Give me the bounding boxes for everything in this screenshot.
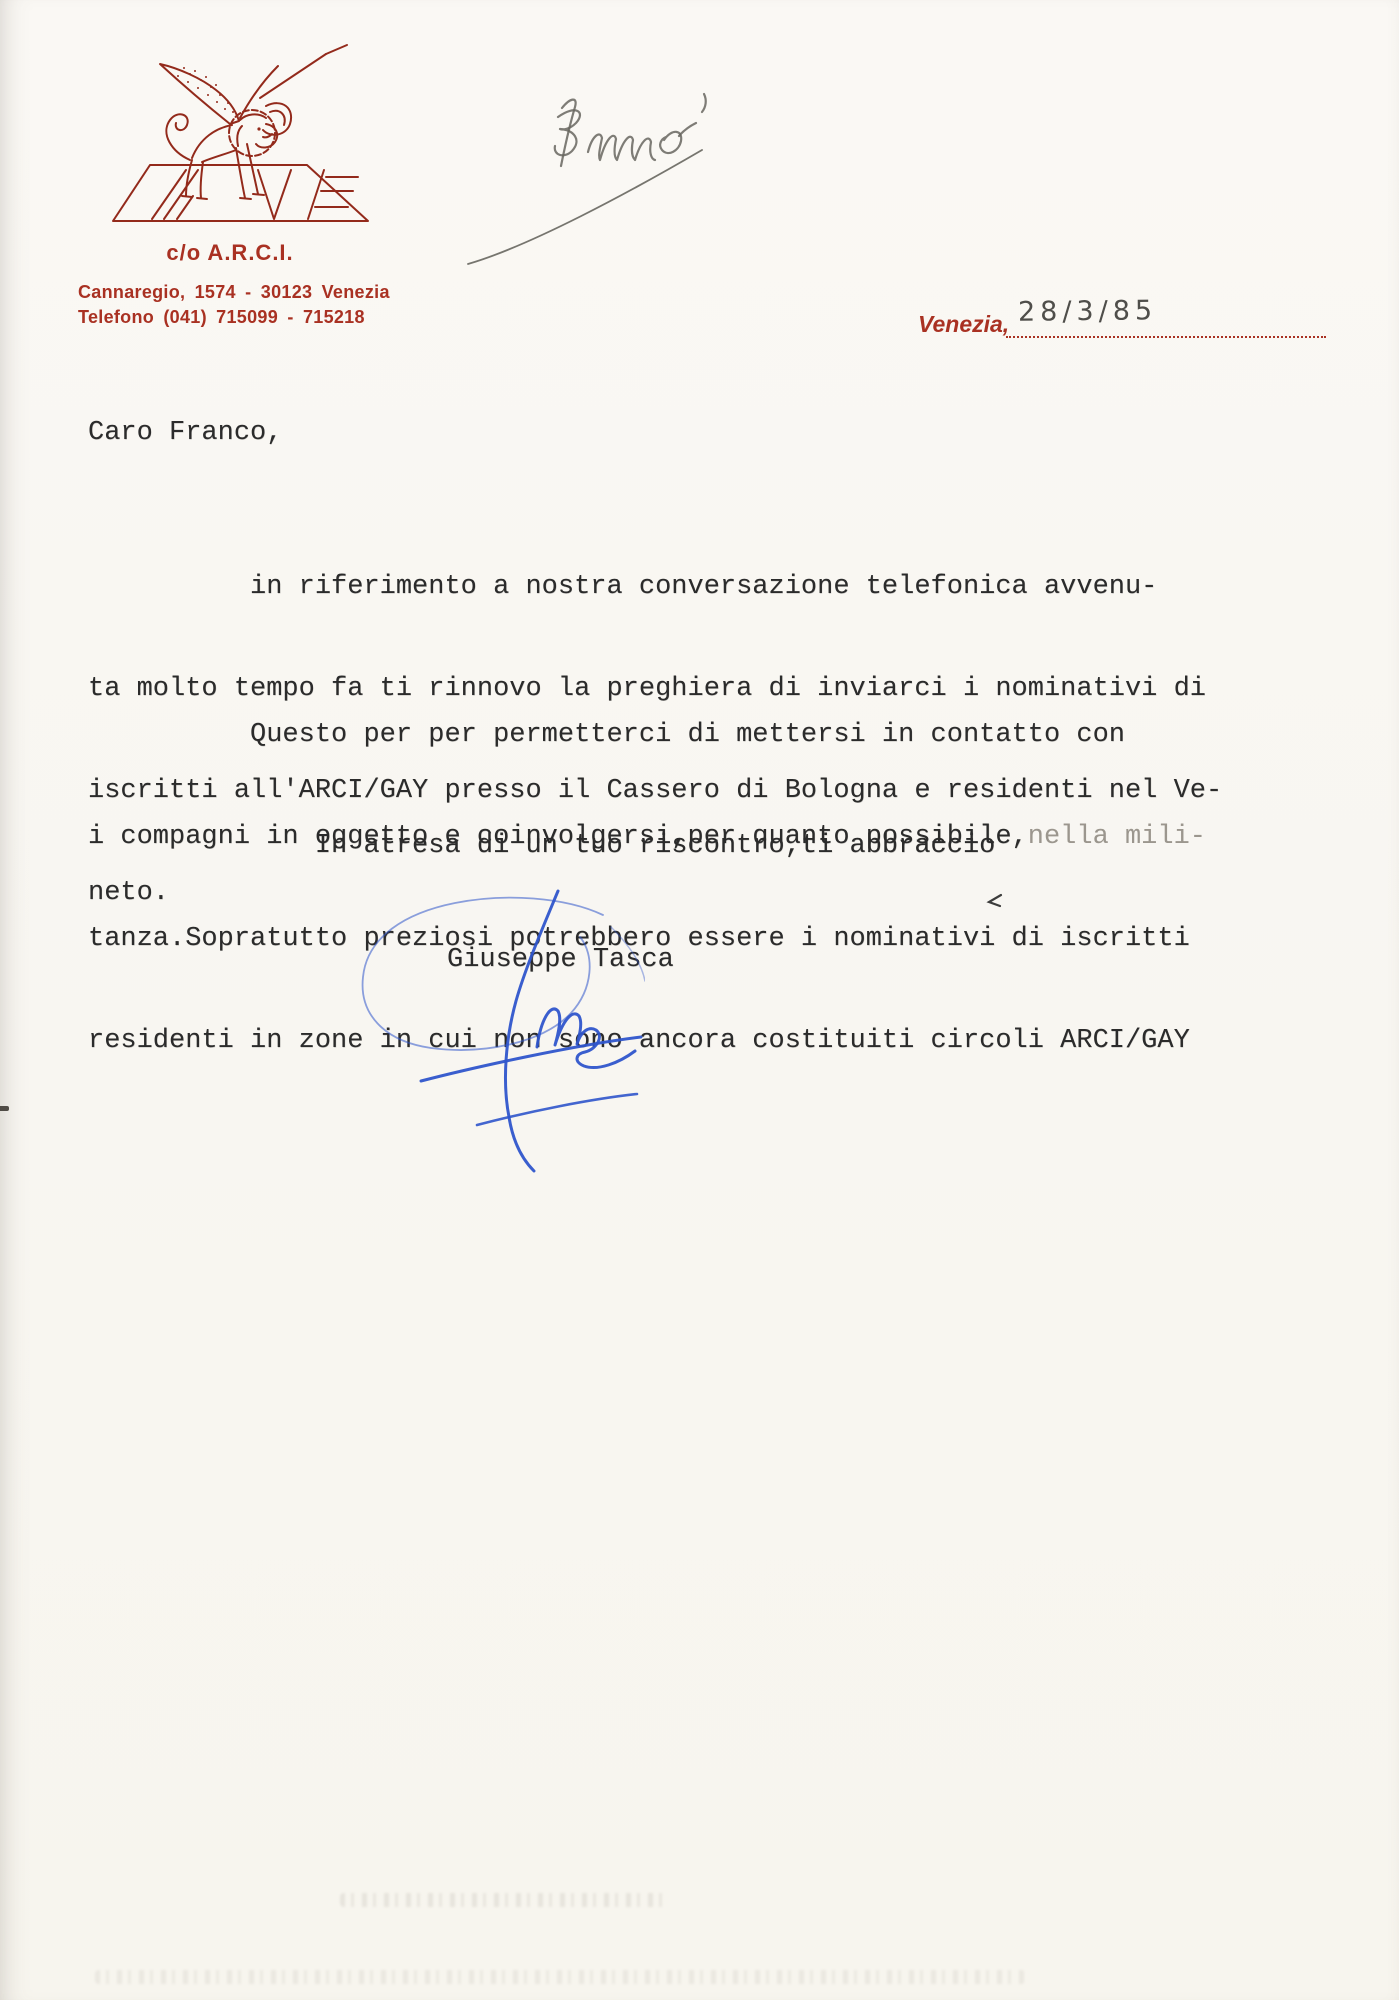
phone-line: Telefono (041) 715099 - 715218 xyxy=(78,307,365,328)
care-of-line: c/o A.R.C.I. xyxy=(110,240,350,266)
scanned-letter-page: c/o A.R.C.I. Cannaregio, 1574 - 30123 Ve… xyxy=(0,0,1399,2000)
faded-typewriter-text: nella mili- xyxy=(1028,822,1206,852)
ink-signature xyxy=(275,885,645,1175)
paragraph-2: Questo per per permetterci di mettersi i… xyxy=(88,650,1206,1126)
scan-artifact xyxy=(0,1106,9,1111)
dateline-date: 28/3/85 xyxy=(1018,295,1157,327)
scan-smudge xyxy=(95,1970,1025,1984)
handwritten-annotation-bruno xyxy=(420,60,740,280)
body-line: in riferimento a nostra conversazione te… xyxy=(88,570,1222,604)
salutation: Caro Franco, xyxy=(88,416,282,450)
body-line: Questo per per permetterci di mettersi i… xyxy=(88,718,1206,752)
dateline-city: Venezia, xyxy=(918,311,1009,338)
body-line: residenti in zone in cui non sono ancora… xyxy=(88,1024,1206,1058)
pen-mark xyxy=(985,892,1005,910)
winged-lion-logo xyxy=(100,38,380,233)
closing-line: In atresa di un tuo riscontro,ti abbracc… xyxy=(88,829,995,863)
scan-smudge xyxy=(340,1893,670,1907)
address-line: Cannaregio, 1574 - 30123 Venezia xyxy=(78,282,390,303)
